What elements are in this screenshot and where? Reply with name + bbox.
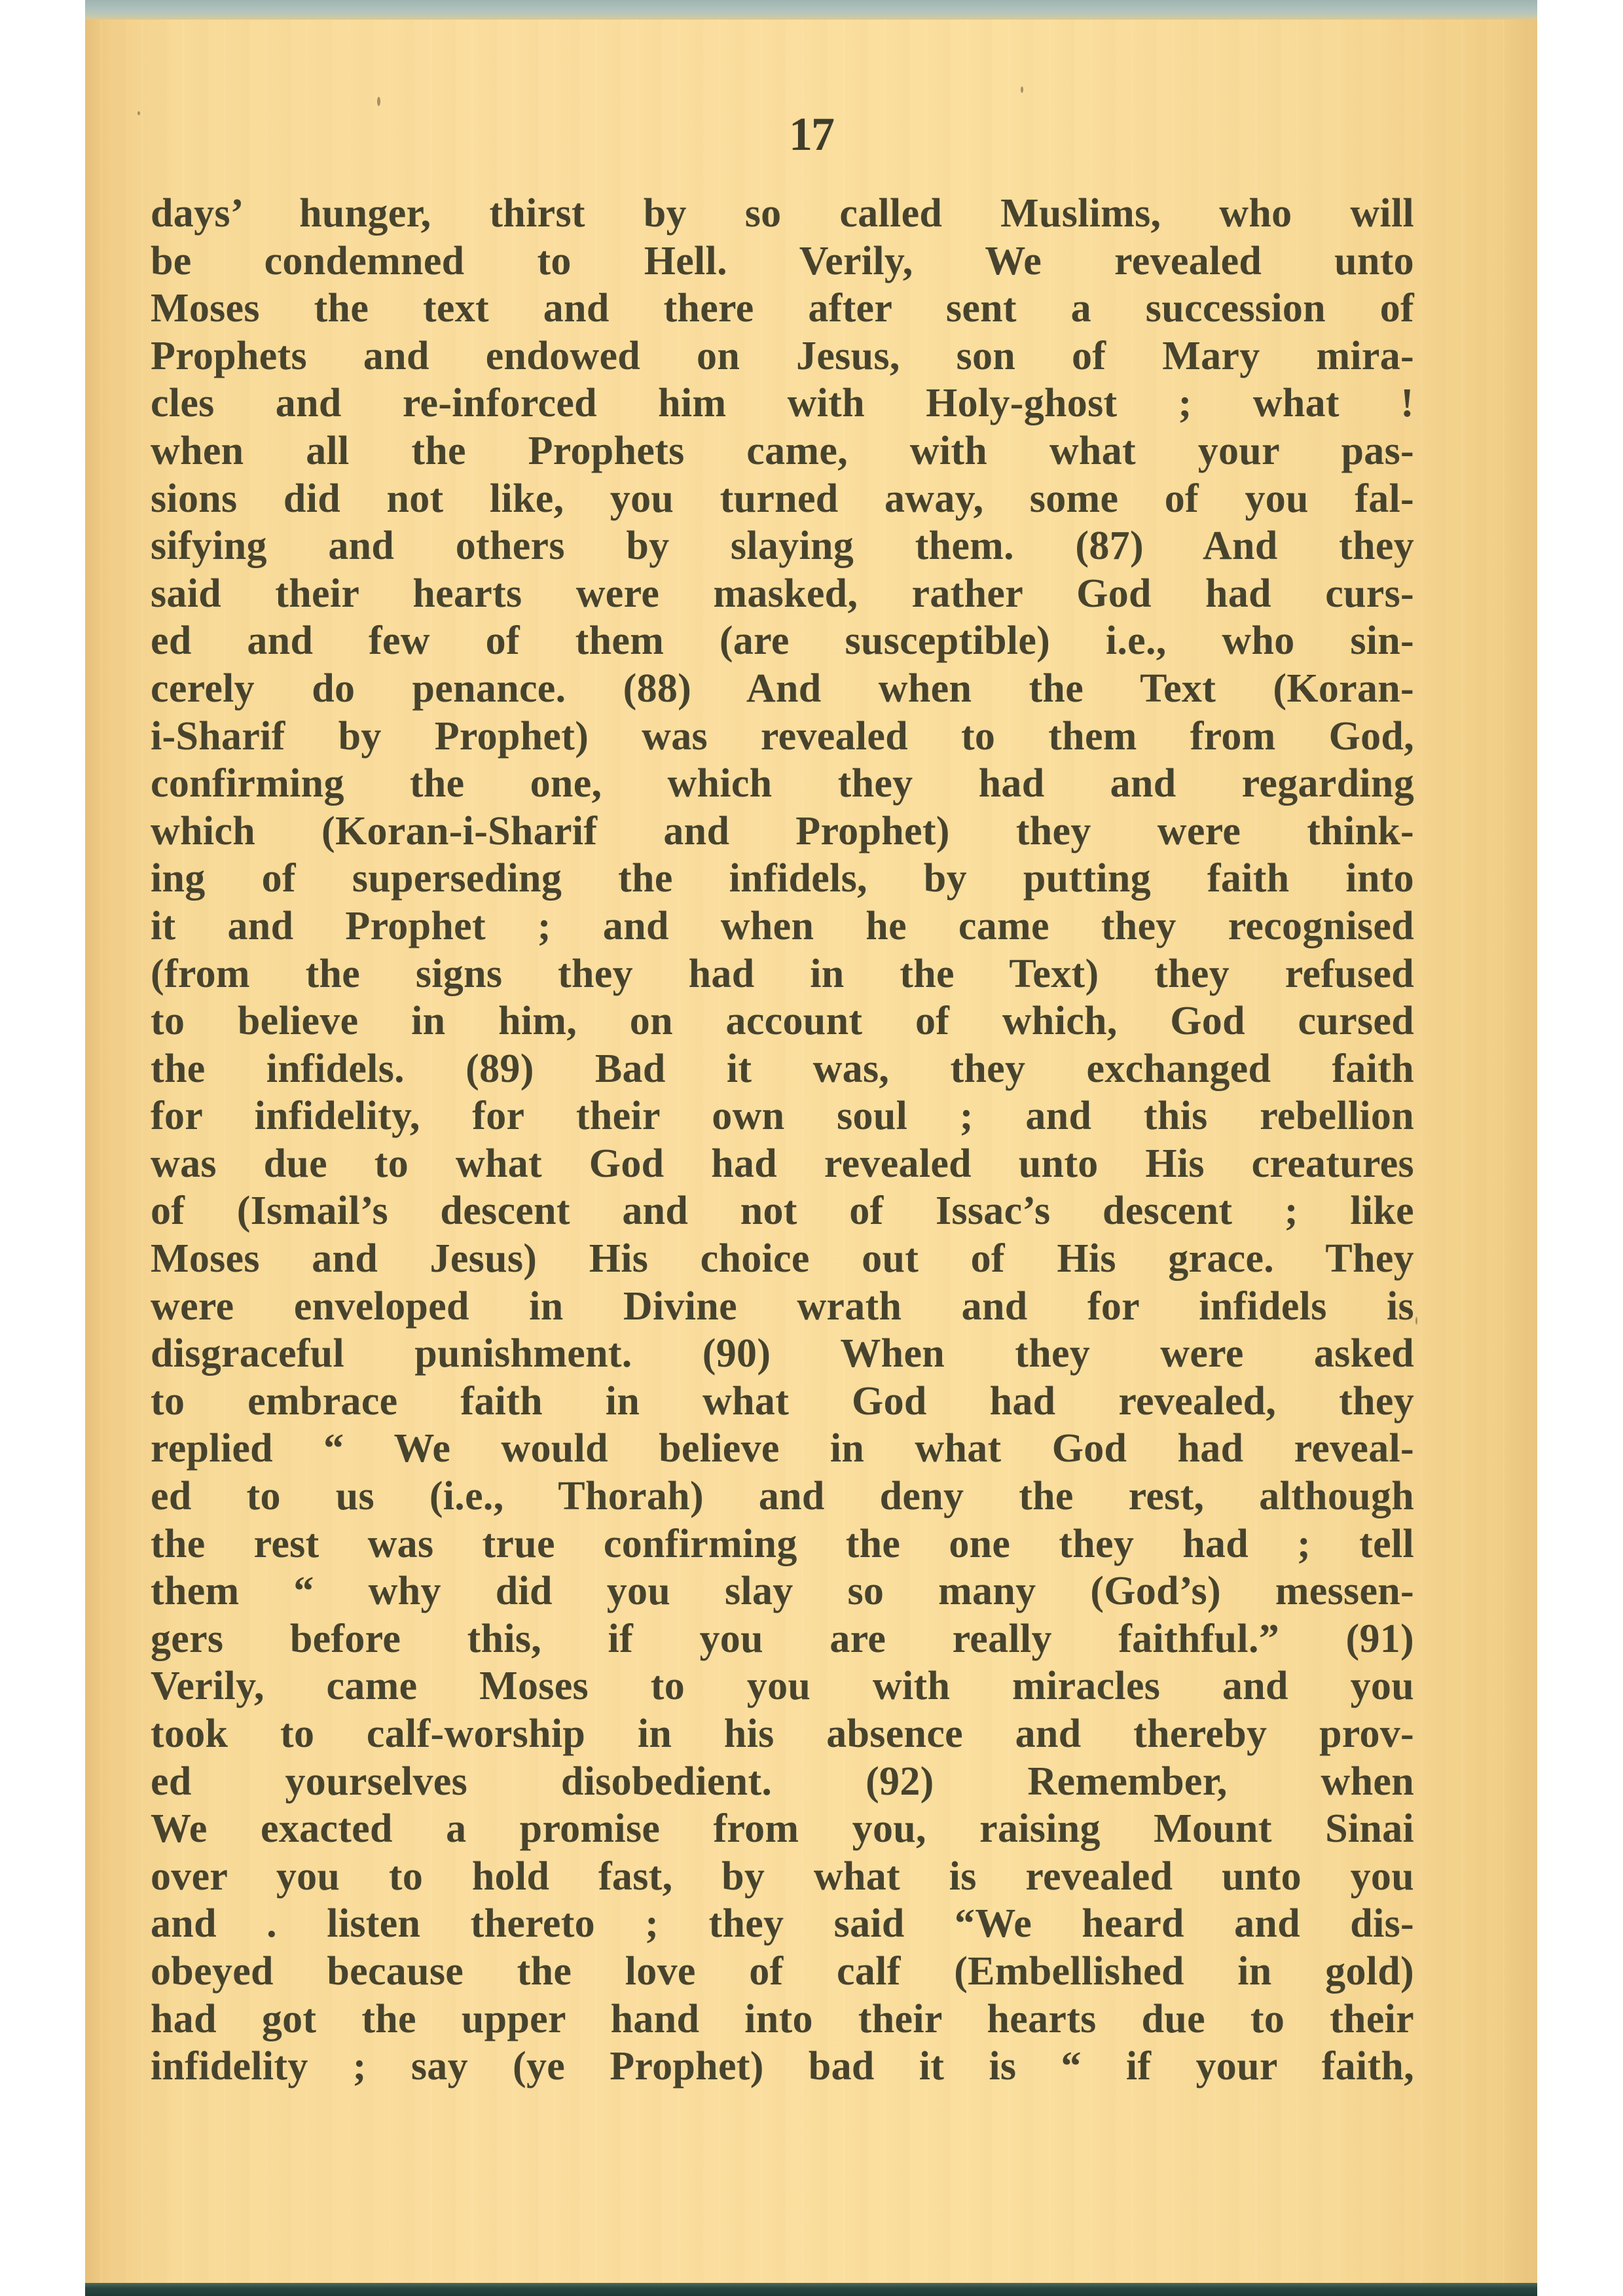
- text-line: the rest was true confirming the one the…: [151, 1520, 1414, 1568]
- text-line: them “ why did you slay so many (God’s) …: [151, 1568, 1414, 1615]
- text-line: the infidels. (89) Bad it was, they exch…: [151, 1045, 1414, 1093]
- text-line: of (Ismail’s descent and not of Issac’s …: [151, 1187, 1414, 1235]
- text-line: be condemned to Hell. Verily, We reveale…: [151, 238, 1414, 285]
- body-text: days’ hunger, thirst by so called Muslim…: [151, 190, 1414, 2090]
- text-line: sifying and others by slaying them. (87)…: [151, 522, 1414, 570]
- text-line: obeyed because the love of calf (Embelli…: [151, 1948, 1414, 1996]
- book-page: 17 days’ hunger, thirst by so called Mus…: [85, 0, 1537, 2296]
- text-line: which (Koran-i-Sharif and Prophet) they …: [151, 808, 1414, 855]
- text-line: Prophets and endowed on Jesus, son of Ma…: [151, 332, 1414, 380]
- text-line: were enveloped in Divine wrath and for i…: [151, 1283, 1414, 1331]
- text-line: (from the signs they had in the Text) th…: [151, 950, 1414, 998]
- text-line: gers before this, if you are really fait…: [151, 1615, 1414, 1663]
- text-line: over you to hold fast, by what is reveal…: [151, 1853, 1414, 1901]
- text-line: sions did not like, you turned away, som…: [151, 475, 1414, 523]
- text-line: was due to what God had revealed unto Hi…: [151, 1140, 1414, 1188]
- text-line: confirming the one, which they had and r…: [151, 760, 1414, 808]
- text-line: disgraceful punishment. (90) When they w…: [151, 1330, 1414, 1378]
- text-line: ing of superseding the infidels, by putt…: [151, 855, 1414, 903]
- speck: [137, 111, 140, 115]
- page-number: 17: [85, 107, 1537, 162]
- text-line: We exacted a promise from you, raising M…: [151, 1805, 1414, 1853]
- text-line: cles and re-inforced him with Holy-ghost…: [151, 380, 1414, 427]
- speck: [1021, 86, 1023, 93]
- text-line: took to calf-worship in his absence and …: [151, 1710, 1414, 1758]
- text-line: to believe in him, on account of which, …: [151, 997, 1414, 1045]
- text-line: days’ hunger, thirst by so called Muslim…: [151, 190, 1414, 238]
- text-line: when all the Prophets came, with what yo…: [151, 427, 1414, 475]
- scan-bottom-edge: [85, 2283, 1537, 2296]
- text-line: infidelity ; say (ye Prophet) bad it is …: [151, 2043, 1414, 2090]
- text-line: had got the upper hand into their hearts…: [151, 1996, 1414, 2043]
- text-line: it and Prophet ; and when he came they r…: [151, 903, 1414, 950]
- speck: [1415, 1317, 1417, 1325]
- text-line: i-Sharif by Prophet) was revealed to the…: [151, 713, 1414, 761]
- text-line: replied “ We would believe in what God h…: [151, 1425, 1414, 1473]
- text-line: ed yourselves disobedient. (92) Remember…: [151, 1758, 1414, 1806]
- text-line: said their hearts were masked, rather Go…: [151, 570, 1414, 618]
- scan-top-edge: [85, 0, 1537, 20]
- text-line: Moses and Jesus) His choice out of His g…: [151, 1235, 1414, 1283]
- text-line: Moses the text and there after sent a su…: [151, 285, 1414, 332]
- text-line: cerely do penance. (88) And when the Tex…: [151, 665, 1414, 713]
- text-line: ed and few of them (are susceptible) i.e…: [151, 617, 1414, 665]
- speck: [377, 97, 380, 106]
- text-line: for infidelity, for their own soul ; and…: [151, 1092, 1414, 1140]
- text-line: Verily, came Moses to you with miracles …: [151, 1662, 1414, 1710]
- text-line: and . listen thereto ; they said “We hea…: [151, 1900, 1414, 1948]
- text-line: to embrace faith in what God had reveale…: [151, 1378, 1414, 1426]
- text-line: ed to us (i.e., Thorah) and deny the res…: [151, 1473, 1414, 1520]
